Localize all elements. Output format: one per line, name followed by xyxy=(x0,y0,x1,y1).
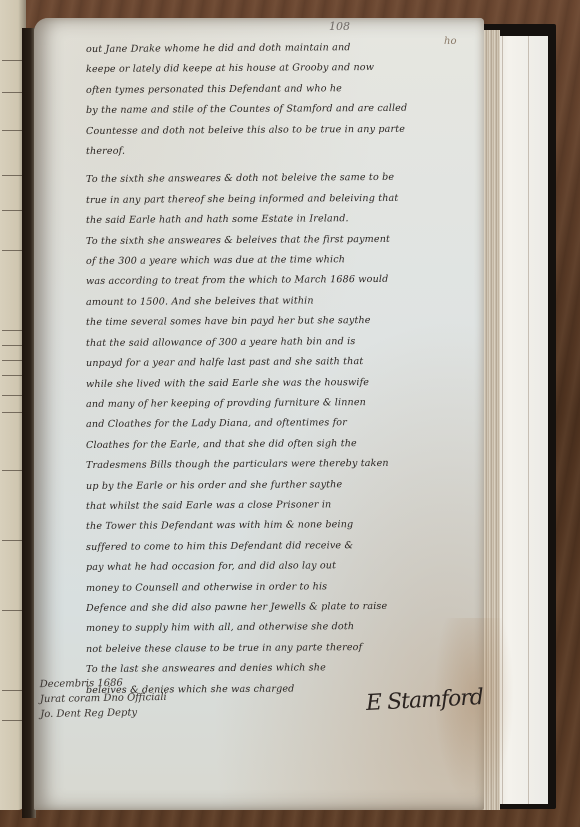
text-line: keepe or lately did keepe at his house a… xyxy=(86,58,484,81)
left-page-writing xyxy=(2,412,22,413)
left-page-writing xyxy=(2,130,22,131)
text-line: Tradesmens Bills though the particulars … xyxy=(86,453,484,476)
left-page-writing xyxy=(2,690,22,691)
text-line: pay what he had occasion for, and did al… xyxy=(86,555,484,578)
jurat-sworn-before: Jurat coram Dno Officiali xyxy=(40,690,167,707)
manuscript-text: out Jane Drake whome he did and doth mai… xyxy=(86,40,484,701)
text-line: thereof. xyxy=(86,139,484,162)
text-line: while she lived with the said Earle she … xyxy=(86,372,484,395)
text-line: and Cloathes for the Lady Diana, and oft… xyxy=(86,413,484,436)
text-line: by the name and stile of the Countes of … xyxy=(86,98,484,121)
left-page-writing xyxy=(2,610,22,611)
left-page-writing xyxy=(2,330,22,331)
left-page-writing xyxy=(2,175,22,176)
left-page-writing xyxy=(2,345,22,346)
left-page-writing xyxy=(2,395,22,396)
page-edge xyxy=(528,36,529,804)
text-line: unpayd for a year and halfe last past an… xyxy=(86,351,484,374)
left-page-writing xyxy=(2,470,22,471)
left-page-writing xyxy=(2,92,22,93)
text-line: the said Earle hath and hath some Estate… xyxy=(86,208,484,231)
text-line: the Tower this Defendant was with him & … xyxy=(86,515,484,538)
text-line: the time several somes have bin payd her… xyxy=(86,311,484,334)
jurat-margin-note: Decembris 1686 Jurat coram Dno Officiali… xyxy=(40,675,167,722)
text-line: money to Counsell and otherwise in order… xyxy=(86,576,484,599)
text-line: To the sixth she answeares & doth not be… xyxy=(86,168,484,191)
left-page-writing xyxy=(2,720,22,721)
left-page-writing xyxy=(2,360,22,361)
left-page-writing xyxy=(2,60,22,61)
left-page-writing xyxy=(2,210,22,211)
left-page-writing xyxy=(2,540,22,541)
left-page-writing xyxy=(2,375,22,376)
text-line: money to supply him with all, and otherw… xyxy=(86,617,484,640)
text-line: was according to treat from the which to… xyxy=(86,270,484,293)
text-line: that the said allowance of 300 a yeare h… xyxy=(86,331,484,354)
text-line: up by the Earle or his order and she fur… xyxy=(86,474,484,497)
left-page-writing xyxy=(2,250,22,251)
jurat-registrar: Jo. Dent Reg Depty xyxy=(40,705,167,722)
text-line: To the sixth she answeares & beleives th… xyxy=(86,229,484,252)
text-line: Countesse and doth not beleive this also… xyxy=(86,119,484,142)
page-number: 108 xyxy=(329,20,350,33)
